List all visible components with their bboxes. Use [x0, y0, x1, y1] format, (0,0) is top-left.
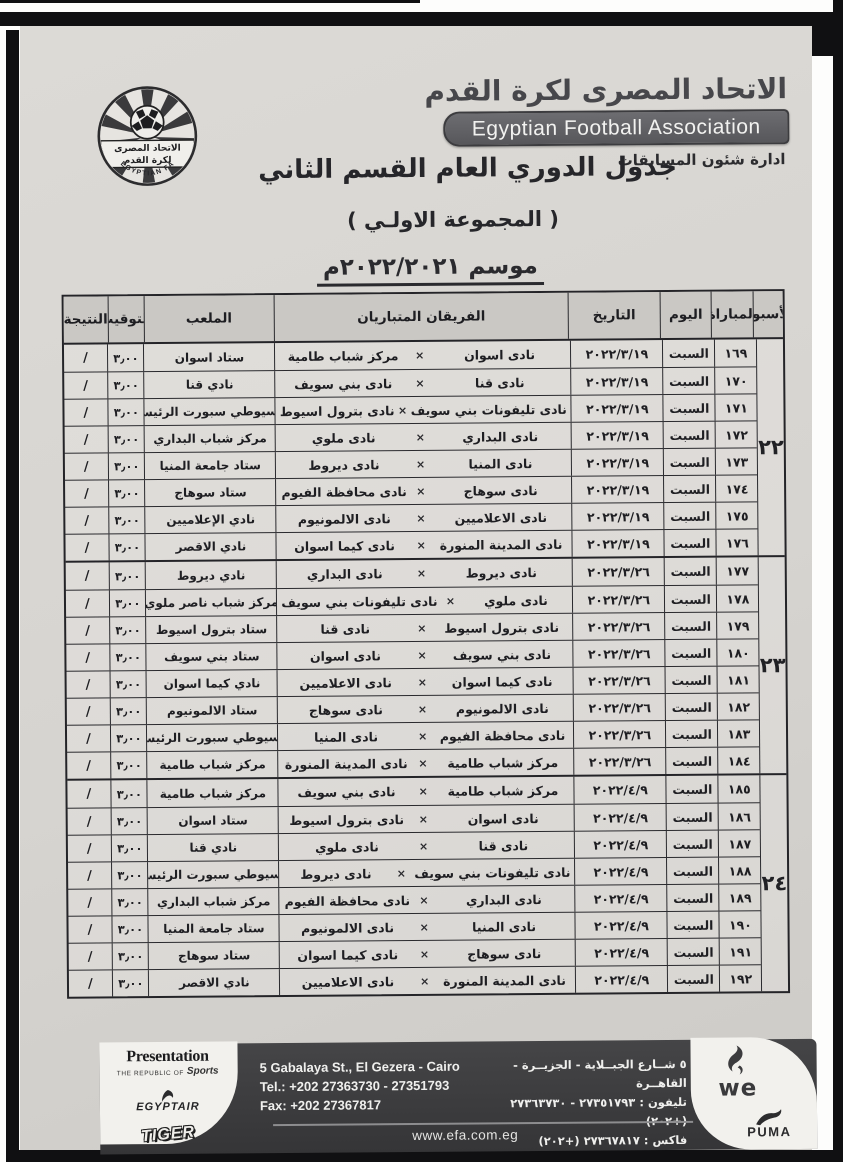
- home-team: نادى المنيا: [437, 918, 571, 934]
- match-date: ٢٠٢٢/٣/٢٦: [572, 586, 664, 613]
- match-day: السبت: [667, 912, 719, 938]
- home-team: نادى اسوان: [436, 810, 570, 826]
- match-result: /: [64, 399, 108, 425]
- match-teams: نادى ملوي × نادى تليفونات بني سويف: [276, 587, 572, 615]
- home-team: نادى تليفونات بني سويف: [414, 864, 570, 880]
- match-number: ١٨٥: [718, 775, 760, 802]
- match-result: /: [65, 507, 109, 533]
- versus-mark: ×: [411, 839, 437, 852]
- contact-english: 5 Gabalaya St., El Gezera - Cairo Tel.: …: [260, 1057, 505, 1115]
- col-week: الأسبوع: [753, 291, 783, 337]
- website-url: www.efa.com.eg: [412, 1127, 518, 1143]
- versus-mark: ×: [410, 756, 436, 769]
- home-team: نادى الالمونيوم: [435, 700, 569, 716]
- kickoff-time: ٣٫٠٠: [110, 698, 146, 724]
- match-teams: نادى سوهاج × نادى محافظة الفيوم: [275, 477, 571, 505]
- versus-mark: ×: [409, 648, 435, 661]
- match-day: السبت: [664, 586, 716, 612]
- match-result: /: [65, 590, 109, 616]
- away-team: نادى بني سويف: [280, 376, 407, 392]
- stadium-name: ستاد جامعة المنيا: [148, 915, 279, 942]
- match-result: /: [64, 372, 108, 398]
- match-teams: نادى اسوان × نادى بترول اسيوط: [278, 805, 574, 833]
- versus-mark: ×: [407, 430, 433, 443]
- versus-mark: ×: [409, 675, 435, 688]
- kickoff-time: ٣٫٠٠: [109, 534, 145, 560]
- match-teams: نادى البداري × نادى محافظة الفيوم: [279, 886, 575, 914]
- versus-mark: ×: [410, 812, 436, 825]
- match-day: السبت: [667, 939, 719, 965]
- away-team: نادى ملوي: [280, 430, 407, 446]
- home-team: نادى المدينة المنورة: [438, 972, 572, 988]
- versus-mark: ×: [408, 484, 434, 497]
- week-group: ٢٤ ١٨٥ السبت ٢٠٢٢/٤/٩ مركز شباب طامية × …: [67, 773, 788, 997]
- group-rows: ١٨٥ السبت ٢٠٢٢/٤/٩ مركز شباب طامية × ناد…: [67, 775, 762, 996]
- versus-mark: ×: [408, 457, 434, 470]
- stadium-name: ستاد الالمونيوم: [146, 697, 277, 724]
- match-date: ٢٠٢٢/٤/٩: [575, 939, 667, 966]
- match-number: ١٨٧: [718, 830, 760, 856]
- org-name-english-bar: Egyptian Football Association: [443, 109, 789, 147]
- match-day: السبت: [667, 966, 719, 992]
- week-number: ٢٤: [760, 775, 788, 991]
- kickoff-time: ٣٫٠٠: [110, 644, 146, 670]
- home-team: نادى البداري: [437, 891, 571, 907]
- presentation-sports-logo: Presentation THE REPUBLIC OF Sports: [117, 1048, 219, 1078]
- kickoff-time: ٣٫٠٠: [108, 372, 144, 398]
- home-team: نادى سوهاج: [434, 482, 568, 498]
- match-day: السبت: [666, 831, 718, 857]
- match-teams: نادى الالمونيوم × نادى سوهاج: [277, 695, 573, 723]
- match-date: ٢٠٢٢/٣/٢٦: [573, 667, 665, 694]
- versus-mark: ×: [437, 594, 463, 607]
- match-date: ٢٠٢٢/٣/١٩: [572, 530, 664, 557]
- kickoff-time: ٣٫٠٠: [109, 590, 145, 616]
- egyptair-logo: EGYPTAIR: [136, 1090, 200, 1113]
- match-date: ٢٠٢٢/٤/٩: [574, 804, 666, 831]
- tiger-logo: TIGER: [140, 1123, 195, 1146]
- logo-text-line2: لكرة القدم: [124, 156, 172, 166]
- home-team: نادى تليفونات بني سويف: [411, 401, 567, 417]
- match-result: /: [65, 617, 109, 643]
- away-team: نادى ديروط: [283, 866, 388, 882]
- match-date: ٢٠٢٢/٣/٢٦: [574, 748, 666, 775]
- kickoff-time: ٣٫٠٠: [108, 399, 144, 425]
- home-team: نادى بترول اسيوط: [435, 619, 569, 635]
- match-day: السبت: [663, 449, 715, 475]
- away-team: نادى الاعلاميين: [282, 675, 409, 691]
- home-team: نادى المنيا: [434, 455, 568, 471]
- away-team: نادى المنيا: [282, 729, 409, 745]
- kickoff-time: ٣٫٠٠: [111, 808, 147, 834]
- versus-mark: ×: [409, 621, 435, 634]
- group-subtitle: ( المجموعة الاولـي ): [347, 207, 559, 233]
- match-number: ١٨٠: [717, 639, 759, 665]
- away-team: نادى محافظة الفيوم: [280, 484, 407, 500]
- match-result: /: [67, 780, 111, 807]
- stadium-name: نادي قنا: [144, 371, 275, 398]
- match-number: ١٧٣: [715, 448, 757, 474]
- away-team: نادى بترول اسيوط: [280, 403, 395, 419]
- address-ar: ٥ شــارع الجبــلاية - الجزيــرة - القاهـ…: [487, 1055, 687, 1095]
- match-result: /: [64, 426, 108, 452]
- match-teams: مركز شباب طامية × نادى بني سويف: [278, 777, 574, 806]
- away-team: نادى البداري: [281, 566, 408, 582]
- away-team: نادى ملوي: [283, 839, 410, 855]
- org-name-english: Egyptian Football Association: [472, 115, 761, 141]
- home-team: نادى الاعلاميين: [434, 509, 568, 525]
- match-result: /: [68, 916, 112, 942]
- col-stadium: الملعب: [143, 295, 274, 342]
- match-result: /: [63, 344, 107, 371]
- match-teams: نادى اسوان × مركز شباب طامية: [274, 341, 570, 370]
- away-team: نادى بني سويف: [283, 784, 410, 800]
- match-date: ٢٠٢٢/٣/١٩: [571, 449, 663, 476]
- match-result: /: [64, 453, 108, 479]
- stadium-name: نادي الاقصر: [145, 533, 276, 560]
- scan-edge-top-line: [0, 0, 420, 3]
- logo-text-line1: الاتحاد المصرى: [114, 144, 181, 155]
- kickoff-time: ٣٫٠٠: [109, 507, 145, 533]
- match-result: /: [67, 808, 111, 834]
- col-time: التوقيت: [107, 296, 143, 342]
- match-date: ٢٠٢٢/٣/١٩: [571, 395, 663, 422]
- versus-mark: ×: [408, 567, 434, 580]
- versus-mark: ×: [388, 867, 414, 880]
- home-team: نادى ديروط: [434, 565, 568, 581]
- match-date: ٢٠٢٢/٣/١٩: [570, 340, 662, 368]
- stadium-name: ستاد اسوان: [147, 807, 278, 834]
- match-row: ١٩٢ السبت ٢٠٢٢/٤/٩ نادى المدينة المنورة …: [68, 964, 761, 996]
- match-teams: مركز شباب طامية × نادى المدينة المنورة: [278, 749, 574, 777]
- stadium-name: ستاد اسوان: [143, 343, 274, 371]
- match-date: ٢٠٢٢/٤/٩: [575, 966, 667, 993]
- match-result: /: [66, 644, 110, 670]
- stadium-name: ستاد سوهاج: [148, 942, 279, 969]
- match-number: ١٨٢: [717, 693, 759, 719]
- page-content: الاتحاد المصرى لكرة القدم EGYPTIAN FA ال…: [16, 23, 817, 1153]
- match-result: /: [67, 862, 111, 888]
- match-teams: نادى محافظة الفيوم × نادى المنيا: [277, 722, 573, 750]
- home-team: مركز شباب طامية: [436, 754, 570, 770]
- kickoff-time: ٣٫٠٠: [110, 671, 146, 697]
- stadium-name: الاسيوطي سبورت الرئيسي: [147, 861, 278, 888]
- match-date: ٢٠٢٢/٣/٢٦: [573, 640, 665, 667]
- match-day: السبت: [664, 613, 716, 639]
- football-icon: [131, 106, 164, 139]
- match-date: ٢٠٢٢/٣/١٩: [572, 503, 664, 530]
- match-result: /: [67, 835, 111, 861]
- fax-en: Fax: +202 27367817: [260, 1095, 505, 1116]
- kickoff-time: ٣٫٠٠: [111, 752, 147, 778]
- match-result: /: [64, 480, 108, 506]
- match-day: السبت: [666, 804, 718, 830]
- away-team: نادى اسوان: [282, 648, 409, 664]
- match-teams: نادى البداري × نادى ملوي: [275, 423, 571, 451]
- match-result: /: [66, 698, 110, 724]
- kickoff-time: ٣٫٠٠: [111, 780, 147, 807]
- match-result: /: [68, 943, 112, 969]
- match-number: ١٨٩: [719, 884, 761, 910]
- col-match: المباراة: [711, 291, 753, 337]
- efa-logo: الاتحاد المصرى لكرة القدم EGYPTIAN FA: [95, 84, 200, 189]
- match-teams: نادى تليفونات بني سويف × نادى بترول اسيو…: [275, 396, 571, 424]
- puma-wordmark: PUMA: [747, 1125, 791, 1138]
- scan-edge-right: [833, 0, 843, 1162]
- match-teams: نادى المدينة المنورة × نادى الاعلاميين: [279, 967, 575, 995]
- match-teams: نادى ديروط × نادى البداري: [276, 559, 572, 588]
- match-number: ١٧٢: [715, 421, 757, 447]
- match-teams: نادى بترول اسيوط × نادى قنا: [276, 614, 572, 642]
- match-result: /: [66, 725, 110, 751]
- match-date: ٢٠٢٢/٣/١٩: [571, 476, 663, 503]
- kickoff-time: ٣٫٠٠: [112, 943, 148, 969]
- away-team: نادى تليفونات بني سويف: [281, 593, 437, 609]
- match-day: السبت: [665, 694, 717, 720]
- col-day: اليوم: [659, 292, 711, 338]
- match-day: السبت: [664, 558, 716, 585]
- match-result: /: [65, 562, 109, 589]
- stadium-name: الاسيوطي سبورت الرئيسي: [144, 398, 275, 425]
- versus-mark: ×: [411, 920, 437, 933]
- group-rows: ١٧٧ السبت ٢٠٢٢/٣/٢٦ نادى ديروط × نادى ال…: [65, 557, 760, 778]
- away-team: نادى الالمونيوم: [281, 511, 408, 527]
- match-number: ١٩٠: [719, 911, 761, 937]
- away-team: نادى قنا: [282, 621, 409, 637]
- kickoff-time: ٣٫٠٠: [108, 426, 144, 452]
- presentation-sports-word: Sports: [187, 1066, 219, 1077]
- group-rows: ١٦٩ السبت ٢٠٢٢/٣/١٩ نادى اسوان × مركز شب…: [63, 339, 758, 560]
- match-row: ١٨٤ السبت ٢٠٢٢/٣/٢٦ مركز شباب طامية × نا…: [67, 746, 760, 778]
- match-day: السبت: [666, 858, 718, 884]
- stadium-name: مركز شباب البداري: [148, 888, 279, 915]
- week-number: ٢٣: [758, 557, 786, 773]
- stadium-name: ستاد بترول اسيوط: [145, 616, 276, 643]
- match-day: السبت: [664, 503, 716, 529]
- stadium-name: مركز شباب طامية: [147, 751, 278, 778]
- home-team: نادى المدينة المنورة: [434, 536, 568, 552]
- match-date: ٢٠٢٢/٤/٩: [574, 776, 666, 804]
- match-teams: نادى تليفونات بني سويف × نادى ديروط: [278, 859, 574, 887]
- match-result: /: [66, 671, 110, 697]
- col-date: التاريخ: [568, 292, 660, 339]
- kickoff-time: ٣٫٠٠: [108, 453, 144, 479]
- week-group: ٢٣ ١٧٧ السبت ٢٠٢٢/٣/٢٦ نادى ديروط × نادى…: [66, 555, 787, 779]
- week-number: ٢٢: [756, 339, 784, 555]
- match-day: السبت: [663, 476, 715, 502]
- match-day: السبت: [667, 885, 719, 911]
- stadium-name: نادي كيما اسوان: [146, 670, 277, 697]
- col-result: النتيجة: [64, 296, 108, 342]
- org-name-arabic: الاتحاد المصرى لكرة القدم: [424, 72, 787, 108]
- presentation-wordmark: Presentation: [117, 1048, 219, 1067]
- home-team: نادى كيما اسوان: [435, 673, 569, 689]
- document-title: جدول الدوري العام القسم الثاني: [258, 152, 677, 185]
- match-number: ١٨٤: [718, 747, 760, 773]
- stadium-name: نادي قنا: [147, 834, 278, 861]
- tel-en: Tel.: +202 27363730 - 27351793: [260, 1076, 505, 1097]
- match-day: السبت: [665, 667, 717, 693]
- match-day: السبت: [663, 422, 715, 448]
- match-date: ٢٠٢٢/٣/٢٦: [572, 558, 664, 586]
- match-day: السبت: [665, 721, 717, 747]
- kickoff-time: ٣٫٠٠: [112, 916, 148, 942]
- away-team: نادى محافظة الفيوم: [284, 893, 411, 909]
- versus-mark: ×: [408, 538, 434, 551]
- stadium-name: نادي ديروط: [145, 561, 276, 589]
- home-team: مركز شباب طامية: [436, 783, 570, 799]
- address-en: 5 Gabalaya St., El Gezera - Cairo: [260, 1057, 505, 1078]
- match-number: ١٨١: [717, 666, 759, 692]
- away-team: نادى كيما اسوان: [284, 947, 411, 963]
- match-number: ١٩١: [719, 938, 761, 964]
- match-teams: نادى المنيا × نادى الالمونيوم: [279, 913, 575, 941]
- match-day: السبت: [666, 776, 718, 803]
- match-result: /: [68, 970, 112, 996]
- match-day: السبت: [666, 748, 718, 774]
- versus-mark: ×: [407, 349, 433, 362]
- week-group: ٢٢ ١٦٩ السبت ٢٠٢٢/٣/١٩ نادى اسوان × مركز…: [64, 337, 785, 561]
- home-team: نادى محافظة الفيوم: [436, 727, 570, 743]
- kickoff-time: ٣٫٠٠: [108, 480, 144, 506]
- stadium-name: ستاد سوهاج: [144, 479, 275, 506]
- we-wordmark: we: [718, 1079, 757, 1098]
- away-team: نادى ديروط: [280, 457, 407, 473]
- away-team: مركز شباب طامية: [279, 348, 406, 364]
- match-teams: نادى كيما اسوان × نادى الاعلاميين: [277, 668, 573, 696]
- efa-logo-icon: الاتحاد المصرى لكرة القدم EGYPTIAN FA: [95, 84, 200, 189]
- kickoff-time: ٣٫٠٠: [111, 862, 147, 888]
- match-teams: نادى الاعلاميين × نادى الالمونيوم: [276, 504, 572, 532]
- home-team: نادى البداري: [433, 428, 567, 444]
- puma-cat-icon: [754, 1109, 784, 1125]
- kickoff-time: ٣٫٠٠: [110, 725, 146, 751]
- match-number: ١٧٤: [715, 475, 757, 501]
- match-date: ٢٠٢٢/٣/٢٦: [573, 721, 665, 748]
- stadium-name: مركز شباب البداري: [144, 425, 275, 452]
- home-team: نادى قنا: [437, 837, 571, 853]
- match-teams: نادى المنيا × نادى ديروط: [275, 450, 571, 478]
- match-date: ٢٠٢٢/٣/١٩: [571, 368, 663, 395]
- kickoff-time: ٣٫٠٠: [111, 835, 147, 861]
- versus-mark: ×: [408, 511, 434, 524]
- match-number: ١٨٨: [718, 857, 760, 883]
- match-result: /: [67, 752, 111, 778]
- match-date: ٢٠٢٢/٣/٢٦: [573, 694, 665, 721]
- stadium-name: ستاد جامعة المنيا: [144, 452, 275, 479]
- kickoff-time: ٣٫٠٠: [112, 889, 148, 915]
- kickoff-time: ٣٫٠٠: [109, 562, 145, 589]
- versus-mark: ×: [410, 729, 436, 742]
- match-date: ٢٠٢٢/٤/٩: [575, 912, 667, 939]
- stadium-name: مركز شباب طامية: [147, 779, 278, 807]
- match-teams: نادى قنا × نادى بني سويف: [275, 369, 571, 397]
- match-day: السبت: [663, 368, 715, 394]
- match-day: السبت: [663, 395, 715, 421]
- versus-mark: ×: [412, 974, 438, 987]
- match-day: السبت: [665, 640, 717, 666]
- sponsor-column-left: Presentation THE REPUBLIC OF Sports EGYP…: [103, 1045, 232, 1146]
- match-number: ١٧٥: [716, 502, 758, 528]
- stadium-name: مركز شباب ناصر ملوي: [145, 589, 276, 616]
- away-team: نادى الالمونيوم: [284, 920, 411, 936]
- versus-mark: ×: [409, 702, 435, 715]
- match-teams: نادى بني سويف × نادى اسوان: [277, 641, 573, 669]
- match-date: ٢٠٢٢/٤/٩: [575, 885, 667, 912]
- stadium-name: نادي الإعلاميين: [145, 506, 276, 533]
- fixtures-table: الأسبوع المباراة اليوم التاريخ الفريقان …: [62, 289, 791, 999]
- kickoff-time: ٣٫٠٠: [109, 617, 145, 643]
- versus-mark: ×: [411, 947, 437, 960]
- match-number: ١٨٦: [718, 803, 760, 829]
- stadium-name: نادي الاقصر: [148, 969, 279, 996]
- match-date: ٢٠٢٢/٤/٩: [574, 831, 666, 858]
- home-team: نادى اسوان: [433, 347, 567, 363]
- egyptair-wordmark: EGYPTAIR: [136, 1102, 200, 1113]
- we-logo: we: [708, 1045, 766, 1098]
- match-date: ٢٠٢٢/٤/٩: [574, 858, 666, 885]
- puma-logo: PUMA: [747, 1109, 792, 1138]
- table-header-row: الأسبوع المباراة اليوم التاريخ الفريقان …: [64, 291, 783, 343]
- match-day: السبت: [662, 340, 714, 367]
- match-date: ٢٠٢٢/٣/١٩: [571, 422, 663, 449]
- match-teams: نادى قنا × نادى ملوي: [278, 832, 574, 860]
- home-team: نادى ملوي: [463, 592, 568, 608]
- kickoff-time: ٣٫٠٠: [112, 970, 148, 996]
- versus-mark: ×: [411, 893, 437, 906]
- col-teams: الفريقان المتباريان: [273, 293, 568, 341]
- away-team: نادى المدينة المنورة: [283, 756, 410, 772]
- season-label: موسم ٢٠٢٢/٢٠٢١م: [317, 253, 544, 287]
- match-number: ١٧٨: [716, 585, 758, 611]
- match-number: ١٧١: [715, 394, 757, 420]
- match-number: ١٩٢: [719, 965, 761, 991]
- match-number: ١٨٣: [717, 720, 759, 746]
- presentation-tagline: THE REPUBLIC OF: [117, 1070, 184, 1078]
- table-body: ٢٢ ١٦٩ السبت ٢٠٢٢/٣/١٩ نادى اسوان × مركز…: [64, 337, 788, 997]
- away-team: نادى بترول اسيوط: [283, 812, 410, 828]
- match-date: ٢٠٢٢/٣/٢٦: [572, 613, 664, 640]
- match-row: ١٧٦ السبت ٢٠٢٢/٣/١٩ نادى المدينة المنورة…: [65, 528, 758, 560]
- away-team: نادى الاعلاميين: [284, 974, 411, 990]
- versus-mark: ×: [410, 785, 436, 798]
- match-day: السبت: [664, 530, 716, 556]
- versus-mark: ×: [394, 404, 410, 417]
- match-number: ١٧٦: [716, 529, 758, 555]
- match-number: ١٧٧: [716, 557, 758, 584]
- home-team: نادى قنا: [433, 374, 567, 390]
- home-team: نادى سوهاج: [437, 945, 571, 961]
- away-team: نادى كيما اسوان: [281, 538, 408, 554]
- match-number: ١٦٩: [714, 339, 756, 366]
- versus-mark: ×: [407, 376, 433, 389]
- match-result: /: [65, 534, 109, 560]
- away-team: نادى سوهاج: [282, 702, 409, 718]
- match-teams: نادى سوهاج × نادى كيما اسوان: [279, 940, 575, 968]
- stadium-name: الاسيوطي سبورت الرئيسي: [146, 724, 277, 751]
- scanned-document-page: الاتحاد المصرى لكرة القدم EGYPTIAN FA ال…: [20, 26, 812, 1150]
- match-teams: نادى المدينة المنورة × نادى كيما اسوان: [276, 531, 572, 559]
- kickoff-time: ٣٫٠٠: [107, 344, 143, 371]
- match-result: /: [68, 889, 112, 915]
- match-number: ١٧٩: [716, 612, 758, 638]
- home-team: نادى بني سويف: [435, 646, 569, 662]
- stadium-name: ستاد بني سويف: [146, 643, 277, 670]
- match-number: ١٧٠: [715, 367, 757, 393]
